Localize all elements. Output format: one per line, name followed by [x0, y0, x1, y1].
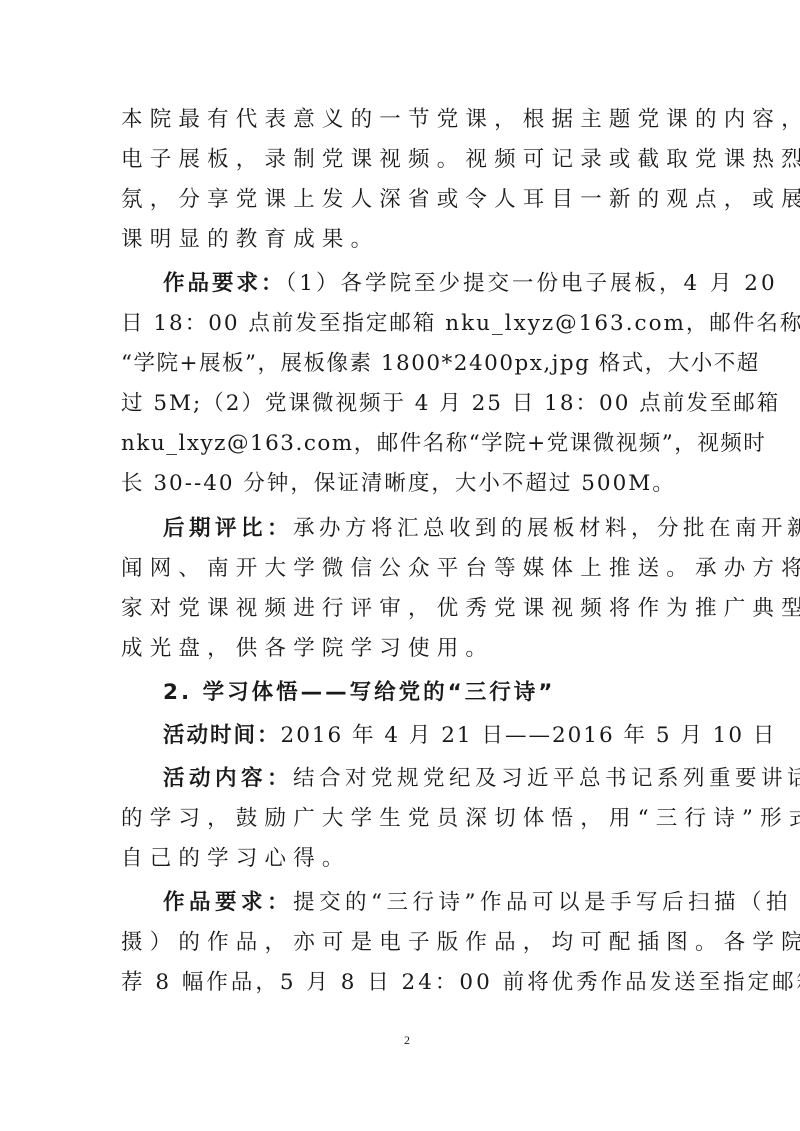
- paragraph-line: 课明显的教育成果。: [121, 220, 701, 260]
- paragraph-line: 自己的学习心得。: [121, 839, 701, 879]
- paragraph-text: 2016 年 4 月 21 日——2016 年 5 月 10 日: [281, 723, 777, 748]
- paragraph-line: 的学习，鼓励广大学生党员深切体悟，用“三行诗”形式写下: [121, 799, 701, 839]
- section-label: 作品要求：: [163, 271, 286, 296]
- paragraph-line: nku_lxyz@163.com，邮件名称“学院+党课微视频”，视频时: [121, 424, 701, 464]
- section-label: 活动内容：: [163, 766, 293, 791]
- section-label: 作品要求：: [163, 890, 293, 915]
- section-heading: 2. 学习体悟——写给党的“三行诗”: [163, 673, 743, 713]
- paragraph-line: 成光盘，供各学院学习使用。: [121, 629, 701, 669]
- paragraph-line: 电子展板，录制党课视频。视频可记录或截取党课热烈的气: [121, 140, 701, 180]
- paragraph-text: （1）各学院至少提交一份电子展板，4 月 20: [286, 271, 778, 296]
- paragraph-line: 闻网、南开大学微信公众平台等媒体上推送。承办方将组织专: [121, 549, 701, 589]
- paragraph-line: 活动内容：结合对党规党纪及习近平总书记系列重要讲话: [163, 759, 743, 799]
- paragraph-line: 家对党课视频进行评审，优秀党课视频将作为推广典型，刻录: [121, 589, 701, 629]
- paragraph-text: 承办方将汇总收到的展板材料，分批在南开新: [293, 516, 800, 541]
- paragraph-text: 结合对党规党纪及习近平总书记系列重要讲话: [293, 766, 800, 791]
- section-label: 活动时间：: [163, 723, 281, 748]
- paragraph-line: 作品要求：提交的“三行诗”作品可以是手写后扫描（拍: [163, 883, 743, 923]
- page-number: 2: [0, 1033, 800, 1048]
- paragraph-line: 本院最有代表意义的一节党课，根据主题党课的内容，自制: [121, 100, 701, 140]
- paragraph-line: 摄）的作品，亦可是电子版作品，均可配插图。各学院至少推: [121, 923, 701, 963]
- paragraph-line: 作品要求：（1）各学院至少提交一份电子展板，4 月 20: [163, 264, 743, 304]
- document-page: 本院最有代表意义的一节党课，根据主题党课的内容，自制 电子展板，录制党课视频。视…: [0, 0, 800, 1131]
- paragraph-line: 氛，分享党课上发人深省或令人耳目一新的观点，或展示党: [121, 180, 701, 220]
- paragraph-text: 提交的“三行诗”作品可以是手写后扫描（拍: [293, 890, 792, 915]
- paragraph-line: 日 18：00 点前发至指定邮箱 nku_lxyz@163.com，邮件名称: [121, 304, 701, 344]
- paragraph-line: 过 5M;（2）党课微视频于 4 月 25 日 18：00 点前发至邮箱: [121, 384, 701, 424]
- section-label: 后期评比：: [163, 516, 293, 541]
- paragraph-line: 活动时间：2016 年 4 月 21 日——2016 年 5 月 10 日: [163, 716, 743, 756]
- paragraph-line: 荐 8 幅作品，5 月 8 日 24：00 前将优秀作品发送至指定邮箱: [121, 963, 701, 1003]
- paragraph-line: 长 30--40 分钟，保证清晰度，大小不超过 500M。: [121, 464, 701, 504]
- paragraph-line: 后期评比：承办方将汇总收到的展板材料，分批在南开新: [163, 509, 743, 549]
- paragraph-line: “学院+展板”，展板像素 1800*2400px,jpg 格式，大小不超: [121, 344, 701, 384]
